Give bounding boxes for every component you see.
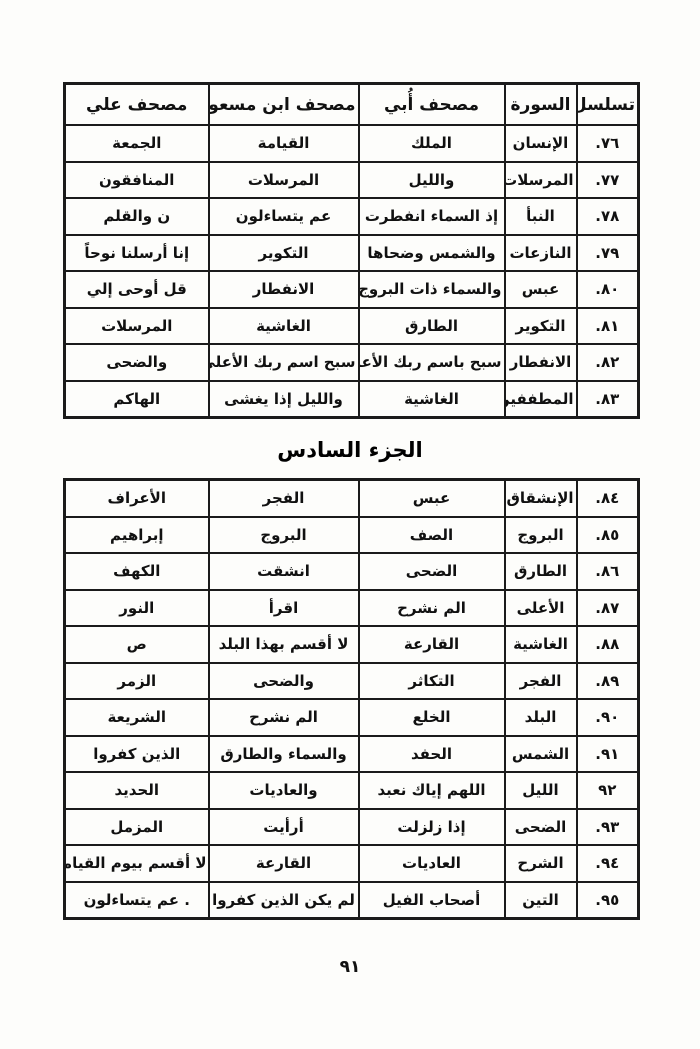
table-cell: قل أوحى إلي <box>65 271 209 308</box>
table-cell: والعاديات <box>209 772 359 809</box>
table-cell: الغاشية <box>505 626 577 663</box>
table-cell: انشقت <box>209 553 359 590</box>
table-cell: والليل <box>359 162 505 199</box>
table-row: ٩٣.الضحىإذا زلزلتأرأيتالمزمل <box>65 809 639 846</box>
table-row: ٨٠.عبسوالسماء ذات البروجالانفطارقل أوحى … <box>65 271 639 308</box>
table-cell: القارعة <box>359 626 505 663</box>
column-header: مصحف أُبي <box>359 84 505 126</box>
table-cell: ٩٥. <box>577 882 639 919</box>
table-cell: أصحاب الفيل <box>359 882 505 919</box>
table-cell: عبس <box>505 271 577 308</box>
table-cell: المرسلات <box>505 162 577 199</box>
table-cell: ٩٣. <box>577 809 639 846</box>
table-cell: الحديد <box>65 772 209 809</box>
table-cell: الجمعة <box>65 125 209 162</box>
table-cell: الحفد <box>359 736 505 773</box>
table-row: ٨٦.الطارقالضحىانشقتالكهف <box>65 553 639 590</box>
table-cell: إبراهيم <box>65 517 209 554</box>
column-header: السورة <box>505 84 577 126</box>
table-row: ٨٢.الانفطارسبح باسم ربك الأعلىسبح اسم رب… <box>65 344 639 381</box>
table-cell: الضحى <box>359 553 505 590</box>
table-row: ٧٧.المرسلاتوالليلالمرسلاتالمنافقون <box>65 162 639 199</box>
table-cell: الم نشرح <box>209 699 359 736</box>
table-cell: ٨٣. <box>577 381 639 418</box>
table-cell: المرسلات <box>209 162 359 199</box>
table-row: ٨٤.الإنشقاقعبسالفجرالأعراف <box>65 480 639 517</box>
table-cell: ٩٠. <box>577 699 639 736</box>
table-cell: القيامة <box>209 125 359 162</box>
table-cell: الشرح <box>505 845 577 882</box>
column-header: مصحف ابن مسعود <box>209 84 359 126</box>
table-cell: العاديات <box>359 845 505 882</box>
table-cell: لا أقسم بهذا البلد <box>209 626 359 663</box>
table-cell: والسماء ذات البروج <box>359 271 505 308</box>
table-cell: البلد <box>505 699 577 736</box>
table-cell: عم يتساءلون <box>209 198 359 235</box>
surah-order-comparison-table-part-6: ٨٤.الإنشقاقعبسالفجرالأعراف٨٥.البروجالصفا… <box>63 478 640 920</box>
table-row: ٨٨.الغاشيةالقارعةلا أقسم بهذا البلدص <box>65 626 639 663</box>
table-cell: ٩٤. <box>577 845 639 882</box>
table-cell: التين <box>505 882 577 919</box>
table-cell: التكاثر <box>359 663 505 700</box>
table-cell: إذ السماء انفطرت <box>359 198 505 235</box>
table-cell: الم نشرح <box>359 590 505 627</box>
table-cell: الإنشقاق <box>505 480 577 517</box>
table-cell: ٨١. <box>577 308 639 345</box>
table-row: ٩٥.التينأصحاب الفيللم يكن الذين كفروا. ع… <box>65 882 639 919</box>
table-cell: الغاشية <box>359 381 505 418</box>
table-row: ٧٨.النبأإذ السماء انفطرتعم يتساءلونن وال… <box>65 198 639 235</box>
table-cell: الملك <box>359 125 505 162</box>
table-cell: الصف <box>359 517 505 554</box>
table-cell: النازعات <box>505 235 577 272</box>
table-cell: البروج <box>505 517 577 554</box>
table-cell: ٩٢ <box>577 772 639 809</box>
column-header: تسلسل <box>577 84 639 126</box>
table-cell: ٧٩. <box>577 235 639 272</box>
table-cell: الانفطار <box>209 271 359 308</box>
table-cell: والضحى <box>209 663 359 700</box>
table-cell: الذين كفروا <box>65 736 209 773</box>
table-cell: ٨٧. <box>577 590 639 627</box>
table-row: ٨٩.الفجرالتكاثروالضحىالزمر <box>65 663 639 700</box>
table-cell: عبس <box>359 480 505 517</box>
table-cell: ٩١. <box>577 736 639 773</box>
table-cell: المنافقون <box>65 162 209 199</box>
table-cell: القارعة <box>209 845 359 882</box>
table-cell: الهاكم <box>65 381 209 418</box>
table-cell: البروج <box>209 517 359 554</box>
table-cell: الكهف <box>65 553 209 590</box>
table-cell: التكوير <box>505 308 577 345</box>
table-row: ٩٤.الشرحالعادياتالقارعةلا أقسم بيوم القي… <box>65 845 639 882</box>
table-cell: والشمس وضحاها <box>359 235 505 272</box>
table-cell: أرأيت <box>209 809 359 846</box>
table-cell: سبح باسم ربك الأعلى <box>359 344 505 381</box>
surah-order-comparison-table-part-5: تسلسلالسورةمصحف أُبيمصحف ابن مسعودمصحف ع… <box>63 82 640 419</box>
table-cell: . عم يتساءلون <box>65 882 209 919</box>
table-cell: ٨٤. <box>577 480 639 517</box>
table-cell: والضحى <box>65 344 209 381</box>
table-row: ٩١.الشمسالحفدوالسماء والطارقالذين كفروا <box>65 736 639 773</box>
table-cell: الطارق <box>359 308 505 345</box>
table-cell: الأعراف <box>65 480 209 517</box>
table-cell: ٨٩. <box>577 663 639 700</box>
table-cell: الزمر <box>65 663 209 700</box>
table-cell: ٧٨. <box>577 198 639 235</box>
table-cell: الغاشية <box>209 308 359 345</box>
table-cell: لم يكن الذين كفروا <box>209 882 359 919</box>
table-cell: الفجر <box>209 480 359 517</box>
table-row: ٨١.التكويرالطارقالغاشيةالمرسلات <box>65 308 639 345</box>
scanned-document-page: تسلسلالسورةمصحف أُبيمصحف ابن مسعودمصحف ع… <box>0 0 700 1049</box>
table-row: ٨٣.المطففينالغاشيةوالليل إذا يغشىالهاكم <box>65 381 639 418</box>
table-cell: المطففين <box>505 381 577 418</box>
table-cell: إنا أرسلنا نوحاً <box>65 235 209 272</box>
table-cell: ٨٥. <box>577 517 639 554</box>
table-row: ٨٧.الأعلىالم نشرحاقرأالنور <box>65 590 639 627</box>
table-header-row: تسلسلالسورةمصحف أُبيمصحف ابن مسعودمصحف ع… <box>65 84 639 126</box>
table-cell: الشريعة <box>65 699 209 736</box>
table-cell: المرسلات <box>65 308 209 345</box>
table-cell: ٧٦. <box>577 125 639 162</box>
table-row: ٩٢الليلاللهم إياك نعبدوالعادياتالحديد <box>65 772 639 809</box>
table-cell: والليل إذا يغشى <box>209 381 359 418</box>
table-cell: ص <box>65 626 209 663</box>
table-row: ٧٦.الإنسانالملكالقيامةالجمعة <box>65 125 639 162</box>
table-cell: ٨٠. <box>577 271 639 308</box>
table-cell: الفجر <box>505 663 577 700</box>
table-row: ٧٩.النازعاتوالشمس وضحاهاالتكويرإنا أرسلن… <box>65 235 639 272</box>
table-cell: الضحى <box>505 809 577 846</box>
table-cell: اقرأ <box>209 590 359 627</box>
table-cell: الخلع <box>359 699 505 736</box>
table-cell: الإنسان <box>505 125 577 162</box>
section-heading: الجزء السادس <box>63 438 637 462</box>
table-cell: النبأ <box>505 198 577 235</box>
table-cell: سبح اسم ربك الأعلى <box>209 344 359 381</box>
table-cell: ٨٢. <box>577 344 639 381</box>
table-cell: والسماء والطارق <box>209 736 359 773</box>
table-cell: الطارق <box>505 553 577 590</box>
table-cell: التكوير <box>209 235 359 272</box>
table-cell: ن والقلم <box>65 198 209 235</box>
table-cell: اللهم إياك نعبد <box>359 772 505 809</box>
table-cell: ٧٧. <box>577 162 639 199</box>
page-number: ٩١ <box>0 957 700 977</box>
table-cell: الأعلى <box>505 590 577 627</box>
table-cell: لا أقسم بيوم القيامة <box>65 845 209 882</box>
table-cell: الليل <box>505 772 577 809</box>
table-cell: إذا زلزلت <box>359 809 505 846</box>
table-row: ٩٠.البلدالخلعالم نشرحالشريعة <box>65 699 639 736</box>
table-row: ٨٥.البروجالصفالبروجإبراهيم <box>65 517 639 554</box>
table-cell: ٨٦. <box>577 553 639 590</box>
table-cell: ٨٨. <box>577 626 639 663</box>
table-cell: المزمل <box>65 809 209 846</box>
table-cell: الشمس <box>505 736 577 773</box>
column-header: مصحف علي <box>65 84 209 126</box>
table-cell: الانفطار <box>505 344 577 381</box>
table-cell: النور <box>65 590 209 627</box>
